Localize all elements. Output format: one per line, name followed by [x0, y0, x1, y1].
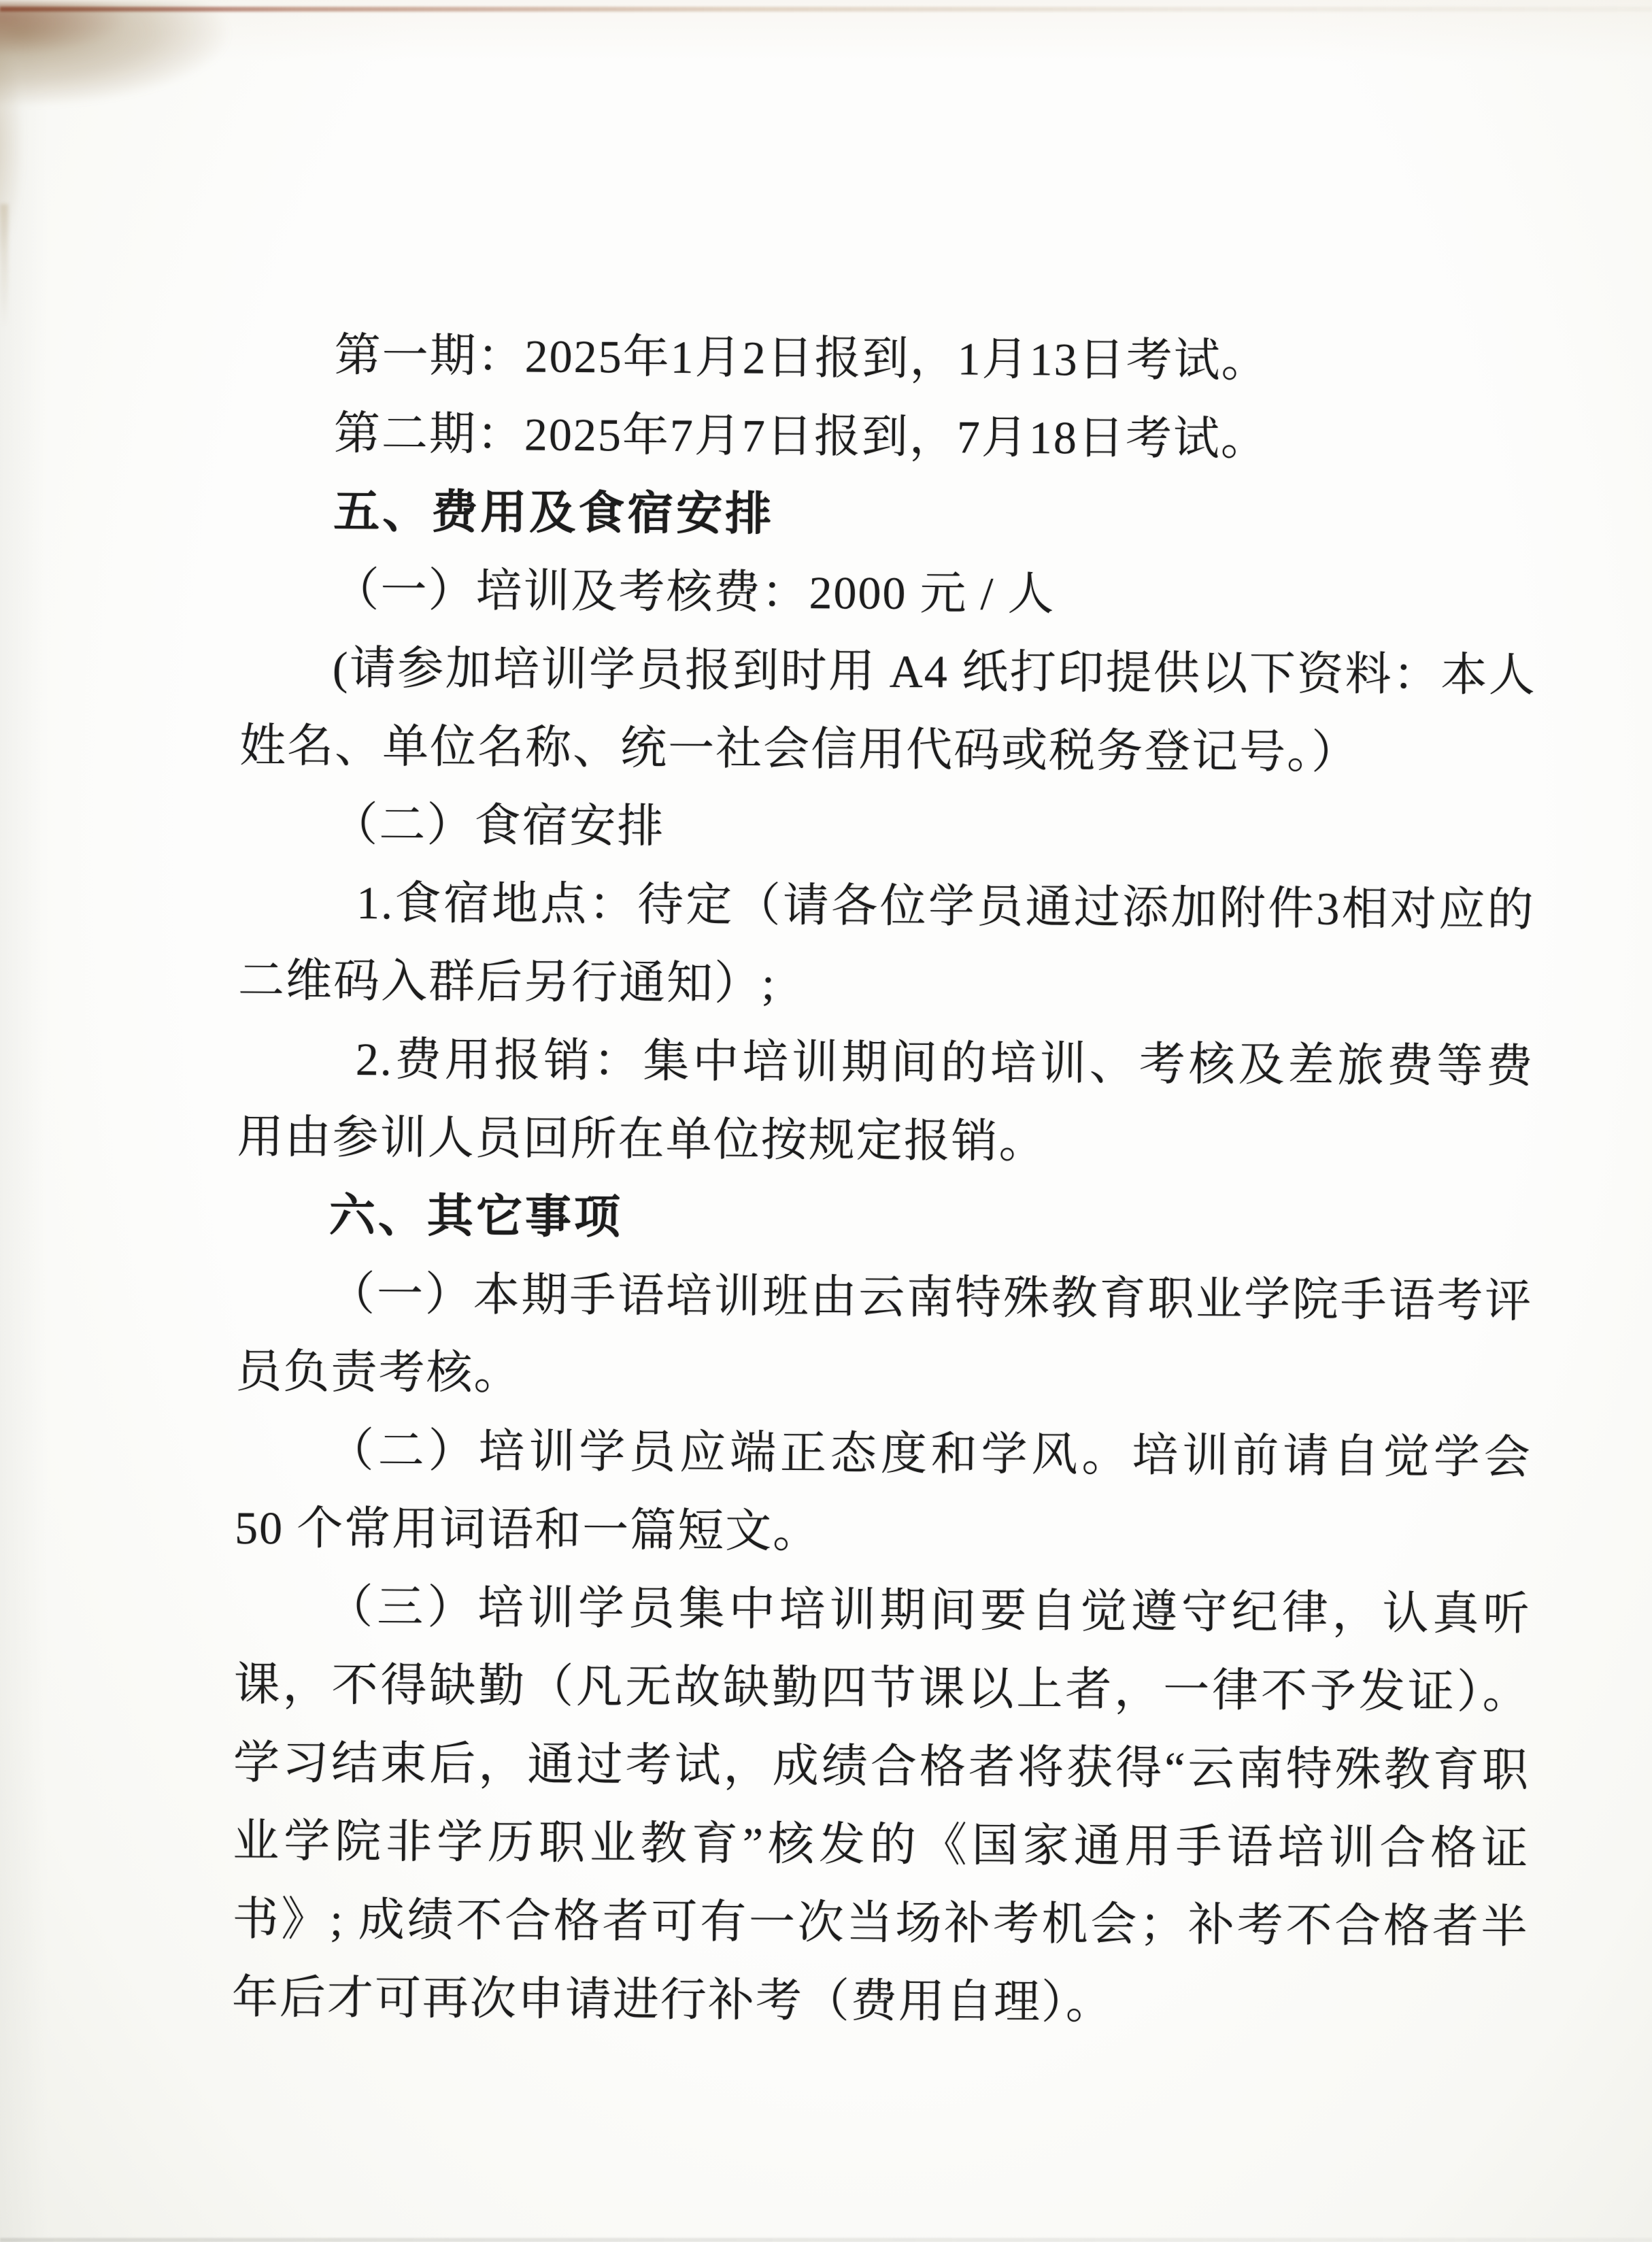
document-body: 第一期：2025年1月2日报到，1月13日考试。 第二期：2025年7月7日报到… [232, 316, 1538, 2045]
scanned-page: 第一期：2025年1月2日报到，1月13日考试。 第二期：2025年7月7日报到… [0, 0, 1652, 2242]
scan-artifact-corner-stain [0, 3, 354, 302]
paragraph-training-fee: （一）培训及考核费：2000 元 / 人 [240, 550, 1537, 637]
paragraph-assessment-body: （一）本期手语培训班由云南特殊教育职业学院手语考评员负责考核。 [235, 1254, 1532, 1419]
paragraph-lodging-heading: （二）食宿安排 [239, 785, 1536, 871]
section-heading-fees-lodging: 五、费用及食宿安排 [241, 472, 1538, 558]
paragraph-expense-reimburse: 2.费用报销：集中培训期间的培训、考核及差旅费等费用由参训人员回所在单位按规定报… [237, 1020, 1534, 1184]
paragraph-invoice-info: (请参加培训学员报到时用 A4 纸打印提供以下资料：本人姓名、单位名称、统一社会… [239, 629, 1536, 793]
paragraph-session-1: 第一期：2025年1月2日报到，1月13日考试。 [241, 316, 1538, 402]
section-heading-other-matters: 六、其它事项 [237, 1176, 1534, 1262]
paragraph-discipline-cert: （三）培训学员集中培训期间要自觉遵守纪律，认真听课，不得缺勤（凡无故缺勤四节课以… [232, 1567, 1531, 2045]
scan-artifact-bottom-edge [0, 2238, 1652, 2242]
paragraph-lodging-location: 1.食宿地点：待定（请各位学员通过添加附件3相对应的二维码入群后另行通知）; [238, 863, 1535, 1028]
paragraph-study-attitude: （二）培训学员应端正态度和学风。培训前请自觉学会 50 个常用词语和一篇短文。 [235, 1411, 1532, 1575]
scan-artifact-left-stain [0, 204, 8, 327]
paragraph-session-2: 第二期：2025年7月7日报到，7月18日考试。 [241, 394, 1538, 480]
